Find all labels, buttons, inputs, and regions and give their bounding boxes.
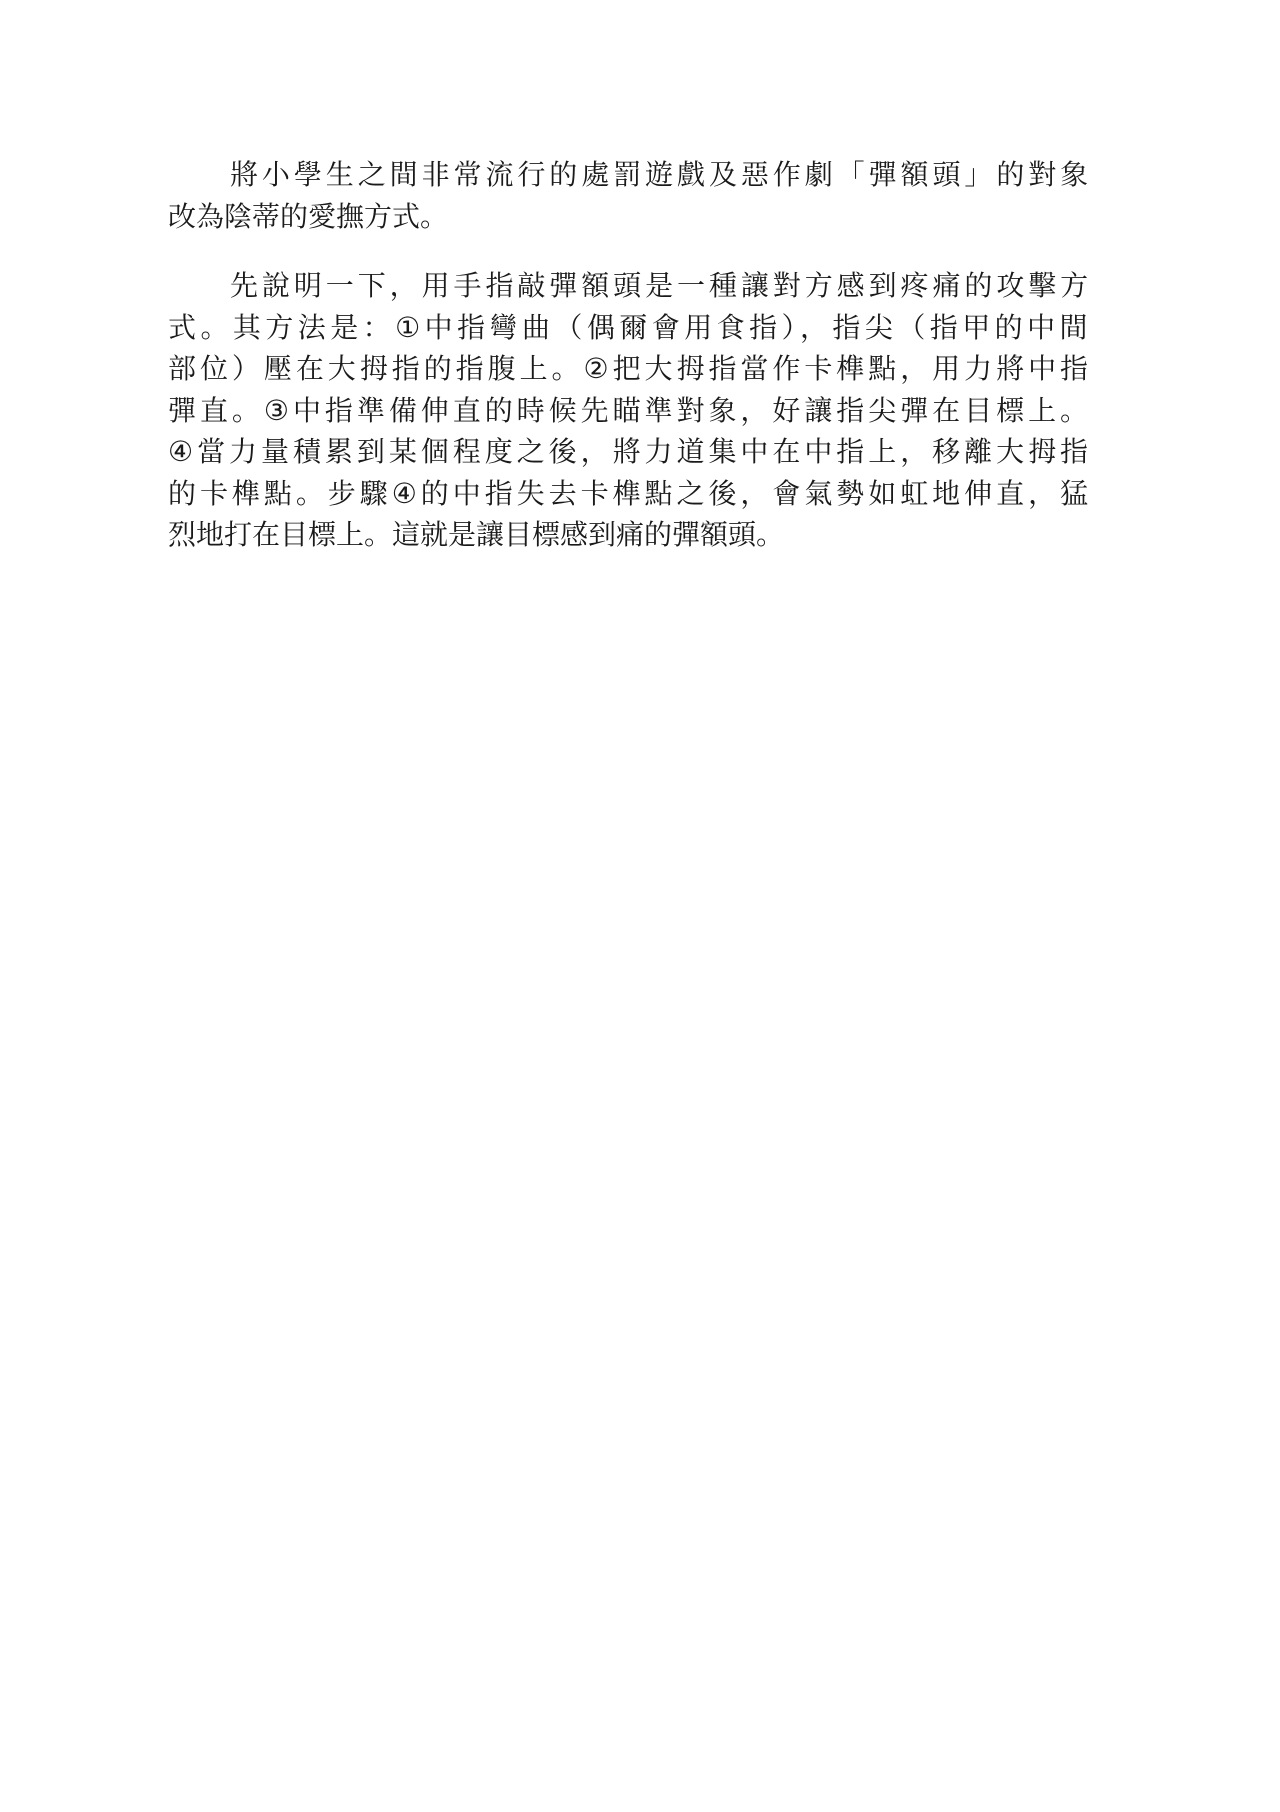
paragraph-line: 彈直。③中指準備伸直的時候先瞄準對象，好讓指尖彈在目標上。 — [168, 390, 1092, 432]
paragraph-line: 烈地打在目標上。這就是讓目標感到痛的彈額頭。 — [168, 514, 1092, 556]
document-page: 將小學生之間非常流行的處罰遊戲及惡作劇「彈額頭」的對象 改為陰蒂的愛撫方式。 先… — [0, 0, 1280, 1812]
paragraph-line: 改為陰蒂的愛撫方式。 — [168, 196, 1092, 238]
paragraph-line: 先說明一下，用手指敲彈額頭是一種讓對方感到疼痛的攻擊方 — [168, 265, 1092, 307]
paragraph-line: 部位）壓在大拇指的指腹上。②把大拇指當作卡榫點，用力將中指 — [168, 348, 1092, 390]
paragraph-line: ④當力量積累到某個程度之後，將力道集中在中指上，移離大拇指 — [168, 431, 1092, 473]
paragraph-line: 的卡榫點。步驟④的中指失去卡榫點之後，會氣勢如虹地伸直，猛 — [168, 473, 1092, 515]
document-body: 將小學生之間非常流行的處罰遊戲及惡作劇「彈額頭」的對象 改為陰蒂的愛撫方式。 先… — [168, 154, 1092, 556]
paragraph-method: 先說明一下，用手指敲彈額頭是一種讓對方感到疼痛的攻擊方 式。其方法是：①中指彎曲… — [168, 265, 1092, 556]
paragraph-line: 式。其方法是：①中指彎曲（偶爾會用食指），指尖（指甲的中間 — [168, 307, 1092, 349]
paragraph-line: 將小學生之間非常流行的處罰遊戲及惡作劇「彈額頭」的對象 — [168, 154, 1092, 196]
paragraph-intro: 將小學生之間非常流行的處罰遊戲及惡作劇「彈額頭」的對象 改為陰蒂的愛撫方式。 — [168, 154, 1092, 237]
